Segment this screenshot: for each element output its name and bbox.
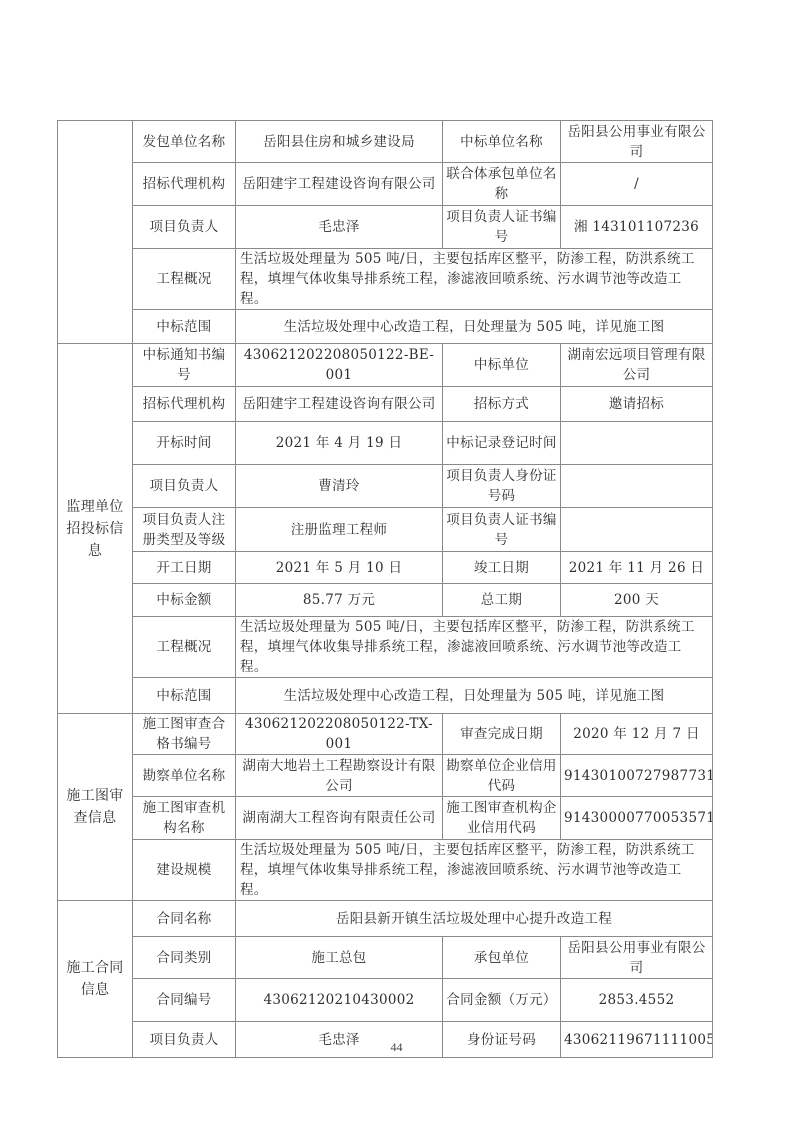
- field-value-scope: 生活垃圾处理中心改造工程，日处理量为 505 吨，详见施工图: [236, 678, 713, 714]
- field-value: 43062120210430002: [236, 979, 443, 1022]
- table-row: 施工合同信息 合同名称 岳阳县新开镇生活垃圾处理中心提升改造工程: [58, 901, 713, 937]
- field-label: 竣工日期: [443, 552, 561, 584]
- field-value: 岳阳县公用事业有限公司: [561, 937, 713, 979]
- field-value: 湖南湖大工程咨询有限责任公司: [236, 797, 443, 840]
- field-value: 2021 年 4 月 19 日: [236, 422, 443, 465]
- page-number: 44: [0, 1040, 793, 1055]
- field-label: 承包单位: [443, 937, 561, 979]
- field-label: 中标单位: [443, 344, 561, 387]
- table-row: 施工图审查机构名称 湖南湖大工程咨询有限责任公司 施工图审查机构企业信用代码 9…: [58, 797, 713, 840]
- field-label: 施工图审查机构企业信用代码: [443, 797, 561, 840]
- table-row: 合同编号 43062120210430002 合同金额（万元） 2853.455…: [58, 979, 713, 1022]
- table-row: 工程概况 生活垃圾处理量为 505 吨/日，主要包括库区整平，防渗工程，防洪系统…: [58, 617, 713, 678]
- field-label: 招标方式: [443, 387, 561, 422]
- table-row: 项目负责人 毛忠泽 项目负责人证书编号 湘 143101107236: [58, 206, 713, 249]
- section-label-drawing-review: 施工图审查信息: [58, 714, 133, 901]
- table-row: 中标金额 85.77 万元 总工期 200 天: [58, 584, 713, 617]
- field-value: 曹清玲: [236, 465, 443, 508]
- field-value: 91430000770053571U: [561, 797, 713, 840]
- field-value: 91430100727987731L: [561, 755, 713, 797]
- table-row: 招标代理机构 岳阳建宇工程建设咨询有限公司 招标方式 邀请招标: [58, 387, 713, 422]
- field-value: 施工总包: [236, 937, 443, 979]
- table-row: 项目负责人 曹清玲 项目负责人身份证号码: [58, 465, 713, 508]
- field-value: 湖南大地岩土工程勘察设计有限公司: [236, 755, 443, 797]
- table-row: 勘察单位名称 湖南大地岩土工程勘察设计有限公司 勘察单位企业信用代码 91430…: [58, 755, 713, 797]
- field-label: 审查完成日期: [443, 714, 561, 755]
- field-value: 湖南宏远项目管理有限公司: [561, 344, 713, 387]
- table-row: 施工图审查信息 施工图审查合格书编号 430621202208050122-TX…: [58, 714, 713, 755]
- field-value: /: [561, 163, 713, 206]
- field-label: 合同类别: [133, 937, 236, 979]
- field-value: 2853.4552: [561, 979, 713, 1022]
- field-label: 勘察单位企业信用代码: [443, 755, 561, 797]
- field-value: 85.77 万元: [236, 584, 443, 617]
- field-label: 项目负责人证书编号: [443, 508, 561, 552]
- table-row: 招标代理机构 岳阳建宇工程建设咨询有限公司 联合体承包单位名称 /: [58, 163, 713, 206]
- table-row: 开工日期 2021 年 5 月 10 日 竣工日期 2021 年 11 月 26…: [58, 552, 713, 584]
- table-row: 发包单位名称 岳阳县住房和城乡建设局 中标单位名称 岳阳县公用事业有限公司: [58, 121, 713, 163]
- field-value: 湘 143101107236: [561, 206, 713, 249]
- section-label-tender: [58, 121, 133, 344]
- field-label: 项目负责人证书编号: [443, 206, 561, 249]
- field-value: [561, 465, 713, 508]
- field-value: 岳阳县住房和城乡建设局: [236, 121, 443, 163]
- field-value-description: 生活垃圾处理量为 505 吨/日，主要包括库区整平，防渗工程，防洪系统工程，填埋…: [236, 249, 713, 310]
- field-label: 招标代理机构: [133, 163, 236, 206]
- field-label: 发包单位名称: [133, 121, 236, 163]
- field-label: 项目负责人身份证号码: [443, 465, 561, 508]
- field-label: 中标通知书编号: [133, 344, 236, 387]
- field-value-description: 生活垃圾处理量为 505 吨/日，主要包括库区整平，防渗工程，防洪系统工程，填埋…: [236, 617, 713, 678]
- field-value: 注册监理工程师: [236, 508, 443, 552]
- document-page: 发包单位名称 岳阳县住房和城乡建设局 中标单位名称 岳阳县公用事业有限公司 招标…: [0, 0, 793, 1121]
- field-label: 开工日期: [133, 552, 236, 584]
- field-label: 项目负责人: [133, 465, 236, 508]
- field-label: 联合体承包单位名称: [443, 163, 561, 206]
- table-row: 监理单位招投标信息 中标通知书编号 430621202208050122-BE-…: [58, 344, 713, 387]
- field-label: 中标单位名称: [443, 121, 561, 163]
- field-label: 中标范围: [133, 310, 236, 344]
- field-value: 毛忠泽: [236, 206, 443, 249]
- field-label: 工程概况: [133, 617, 236, 678]
- field-value-contract-name: 岳阳县新开镇生活垃圾处理中心提升改造工程: [236, 901, 713, 937]
- table-row: 项目负责人注册类型及等级 注册监理工程师 项目负责人证书编号: [58, 508, 713, 552]
- field-label: 开标时间: [133, 422, 236, 465]
- field-label: 合同金额（万元）: [443, 979, 561, 1022]
- project-info-table: 发包单位名称 岳阳县住房和城乡建设局 中标单位名称 岳阳县公用事业有限公司 招标…: [57, 120, 713, 1058]
- field-label: 施工图审查机构名称: [133, 797, 236, 840]
- table-row: 合同类别 施工总包 承包单位 岳阳县公用事业有限公司: [58, 937, 713, 979]
- table-row: 建设规模 生活垃圾处理量为 505 吨/日，主要包括库区整平，防渗工程，防洪系统…: [58, 840, 713, 901]
- field-value: 2021 年 11 月 26 日: [561, 552, 713, 584]
- field-value-scope: 生活垃圾处理中心改造工程，日处理量为 505 吨，详见施工图: [236, 310, 713, 344]
- field-value: 邀请招标: [561, 387, 713, 422]
- field-label: 项目负责人: [133, 206, 236, 249]
- field-label: 中标记录登记时间: [443, 422, 561, 465]
- field-label: 总工期: [443, 584, 561, 617]
- field-label: 中标金额: [133, 584, 236, 617]
- section-label-supervision: 监理单位招投标信息: [58, 344, 133, 714]
- field-label: 项目负责人注册类型及等级: [133, 508, 236, 552]
- table-row: 工程概况 生活垃圾处理量为 505 吨/日，主要包括库区整平，防渗工程，防洪系统…: [58, 249, 713, 310]
- field-value: 430621202208050122-TX-001: [236, 714, 443, 755]
- field-value: 岳阳建宇工程建设咨询有限公司: [236, 163, 443, 206]
- field-value: 430621202208050122-BE-001: [236, 344, 443, 387]
- field-value: 2020 年 12 月 7 日: [561, 714, 713, 755]
- field-label: 建设规模: [133, 840, 236, 901]
- field-value: 2021 年 5 月 10 日: [236, 552, 443, 584]
- field-label: 招标代理机构: [133, 387, 236, 422]
- field-label: 中标范围: [133, 678, 236, 714]
- field-label: 合同编号: [133, 979, 236, 1022]
- field-value: 岳阳建宇工程建设咨询有限公司: [236, 387, 443, 422]
- table-row: 中标范围 生活垃圾处理中心改造工程，日处理量为 505 吨，详见施工图: [58, 310, 713, 344]
- table-row: 中标范围 生活垃圾处理中心改造工程，日处理量为 505 吨，详见施工图: [58, 678, 713, 714]
- field-value: 岳阳县公用事业有限公司: [561, 121, 713, 163]
- section-label-contract: 施工合同信息: [58, 901, 133, 1058]
- field-value-description: 生活垃圾处理量为 505 吨/日，主要包括库区整平，防渗工程，防洪系统工程，填埋…: [236, 840, 713, 901]
- field-value: 200 天: [561, 584, 713, 617]
- field-value: [561, 422, 713, 465]
- field-label: 施工图审查合格书编号: [133, 714, 236, 755]
- field-label: 工程概况: [133, 249, 236, 310]
- field-label: 勘察单位名称: [133, 755, 236, 797]
- field-value: [561, 508, 713, 552]
- table-row: 开标时间 2021 年 4 月 19 日 中标记录登记时间: [58, 422, 713, 465]
- field-label: 合同名称: [133, 901, 236, 937]
